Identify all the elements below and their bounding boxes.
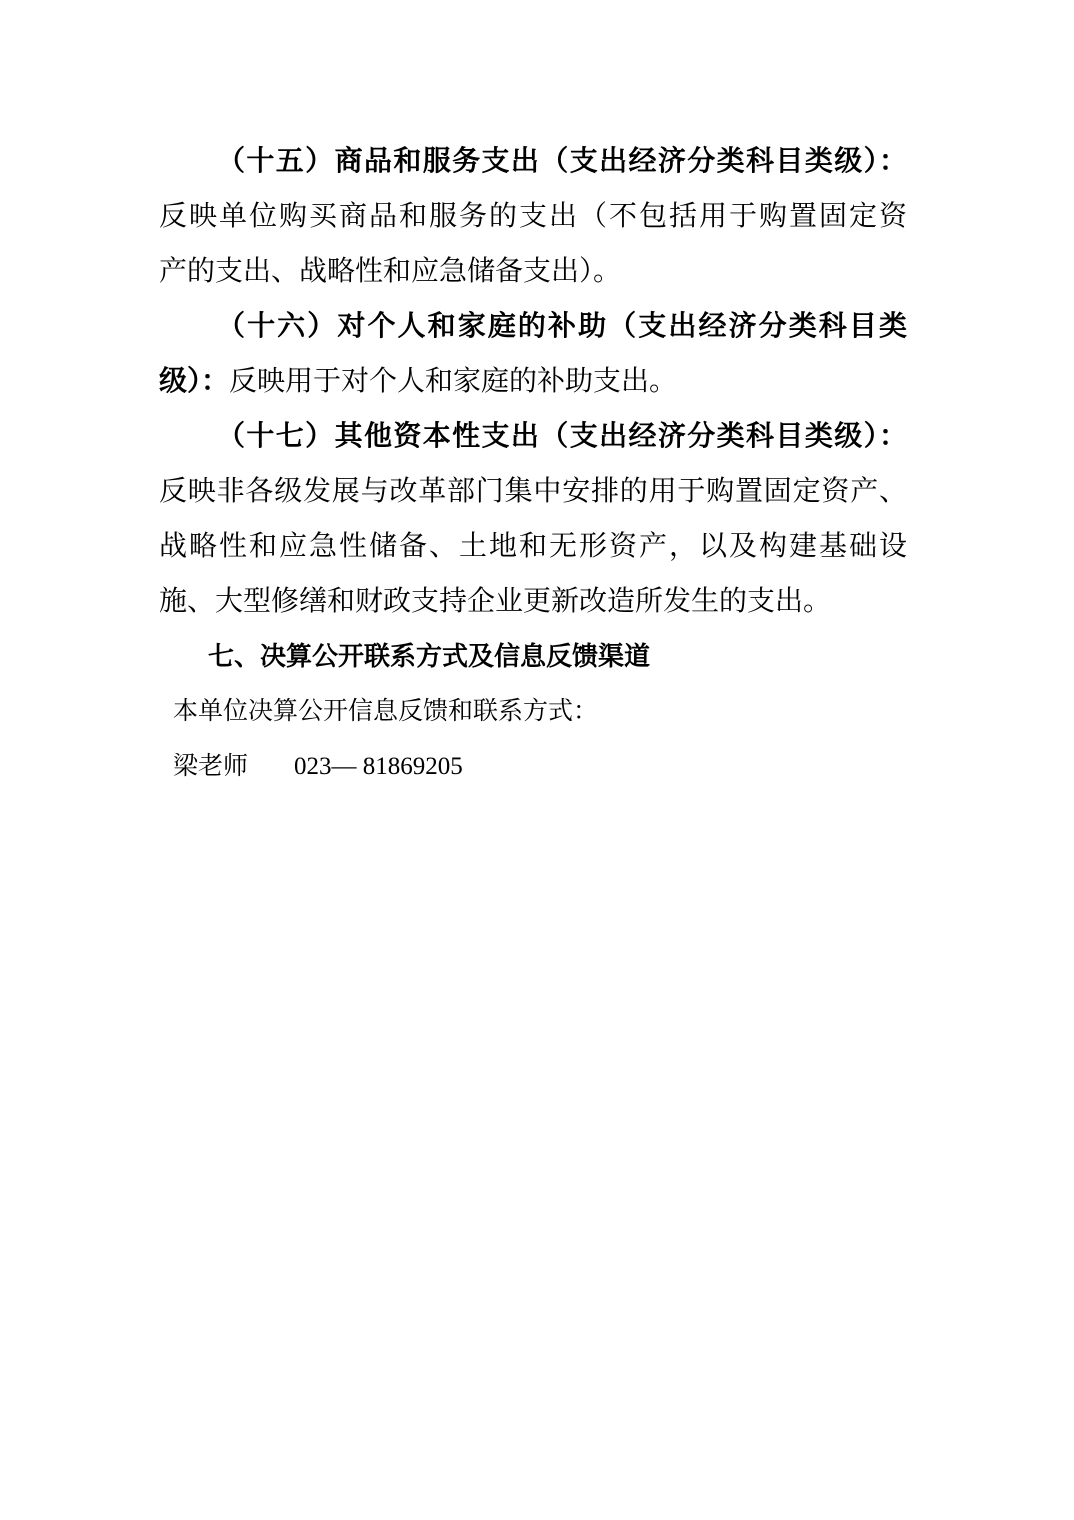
para-15-line-2: 反映单位购买商品和服务的支出（不包括用于购置固定资 xyxy=(159,189,907,244)
text-segment: 施、大型修缮和财政支持企业更新改造所发生的支出。 xyxy=(159,586,831,617)
text-segment: 产的支出、战略性和应急储备支出）。 xyxy=(159,256,621,287)
text-segment: 反映用于对个人和家庭的补助支出。 xyxy=(229,366,677,397)
text-segment: 023— 81869205 xyxy=(294,753,463,780)
para-16-line-1: （十六）对个人和家庭的补助（支出经济分类科目类 xyxy=(159,299,907,354)
contact-info-line-1: 梁老师023— 81869205 xyxy=(159,739,907,794)
para-15-line-1: （十五）商品和服务支出（支出经济分类科目类级）： xyxy=(159,134,907,189)
para-17-line-2: 反映非各级发展与改革部门集中安排的用于购置固定资产、 xyxy=(159,464,907,519)
para-17-line-1: （十七）其他资本性支出（支出经济分类科目类级）： xyxy=(159,409,907,464)
text-segment: 战略性和应急性储备、土地和无形资产，以及构建基础设 xyxy=(159,531,907,562)
para-15-line-3: 产的支出、战略性和应急储备支出）。 xyxy=(159,244,907,299)
text-segment: 级）： xyxy=(159,366,229,397)
text-segment: 本单位决算公开信息反馈和联系方式： xyxy=(173,698,598,725)
text-segment: 反映单位购买商品和服务的支出（不包括用于购置固定资 xyxy=(159,201,907,232)
text-segment: （十六）对个人和家庭的补助（支出经济分类科目类 xyxy=(217,311,907,342)
text-block: （十五）商品和服务支出（支出经济分类科目类级）：反映单位购买商品和服务的支出（不… xyxy=(159,134,907,794)
para-16-line-2: 级）：反映用于对个人和家庭的补助支出。 xyxy=(159,354,907,409)
para-17-line-4: 施、大型修缮和财政支持企业更新改造所发生的支出。 xyxy=(159,574,907,629)
text-segment: 反映非各级发展与改革部门集中安排的用于购置固定资产、 xyxy=(159,476,907,507)
contact-intro-line-1: 本单位决算公开信息反馈和联系方式： xyxy=(159,684,907,739)
text-segment: 七、决算公开联系方式及信息反馈渠道 xyxy=(208,641,650,671)
text-segment: （十五）商品和服务支出（支出经济分类科目类级）： xyxy=(217,146,907,177)
document-page: （十五）商品和服务支出（支出经济分类科目类级）：反映单位购买商品和服务的支出（不… xyxy=(0,0,1074,1520)
para-17-line-3: 战略性和应急性储备、土地和无形资产，以及构建基础设 xyxy=(159,519,907,574)
section-7-heading-line-1: 七、决算公开联系方式及信息反馈渠道 xyxy=(159,629,907,684)
text-segment: 梁老师 xyxy=(173,753,248,780)
text-segment: （十七）其他资本性支出（支出经济分类科目类级）： xyxy=(217,421,907,452)
